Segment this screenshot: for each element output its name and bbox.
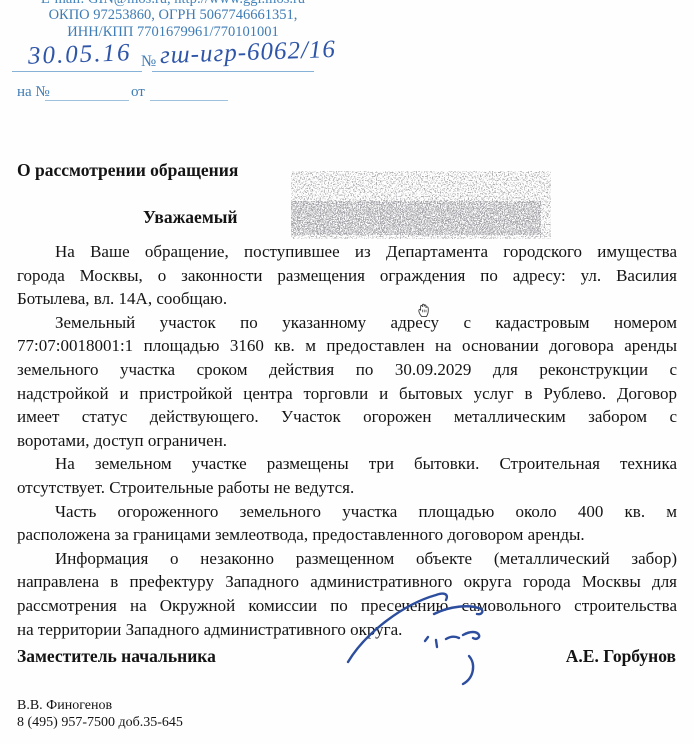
reference-date-blank — [150, 100, 228, 101]
redacted-name-noise — [291, 171, 551, 239]
number-sign-label: № — [141, 53, 156, 71]
hand-cursor-icon — [416, 302, 433, 321]
letter-body: На Ваше обращение, поступившее из Департ… — [17, 240, 677, 641]
body-line: 77:07:0018001:1 площадью 3160 кв. м пред… — [17, 334, 677, 358]
reference-na-label: на № — [17, 84, 50, 101]
letterhead-okpo-ogrn-line: ОКПО 97253860, ОГРН 5067746661351, — [8, 7, 338, 24]
subject-line: О рассмотрении обращения — [17, 160, 238, 181]
body-line: отсутствует. Строительные работы не веду… — [17, 476, 677, 500]
salutation-text: Уважаемый — [143, 207, 237, 228]
body-line: На Ваше обращение, поступившее из Департ… — [17, 240, 677, 264]
date-underline — [12, 71, 142, 72]
executor-phone: 8 (495) 957-7500 доб.35-645 — [17, 714, 183, 731]
reference-ot-label: от — [131, 84, 145, 101]
scanned-letter-page: E-mail: GIN@mos.ru, http://www.ggi.mos.r… — [0, 0, 694, 744]
body-line: имеет статус действующего. Участок огоро… — [17, 405, 677, 429]
handwritten-outgoing-number: гш-игр-6062/16 — [160, 37, 337, 69]
handwritten-signature — [338, 584, 490, 692]
reference-number-blank — [45, 100, 129, 101]
body-line: воротами, доступ ограничен. — [17, 429, 677, 453]
body-line: земельного участка сроком действия по 30… — [17, 358, 677, 382]
signoff-name: А.Е. Горбунов — [566, 646, 676, 667]
body-line: расположена за границами землеотвода, пр… — [17, 523, 677, 547]
signoff-position: Заместитель начальника — [17, 646, 216, 667]
handwritten-date: 30.05.16 — [28, 40, 132, 70]
body-line: Часть огороженного земельного участка пл… — [17, 500, 677, 524]
body-line: Ботылева, вл. 14А, сообщаю. — [17, 287, 677, 311]
number-underline — [152, 71, 314, 72]
body-line: Информация о незаконно размещенном объек… — [17, 547, 677, 571]
body-line: надстройкой и пристройкой центра торговл… — [17, 382, 677, 406]
body-line: города Москвы, о законности размещения о… — [17, 264, 677, 288]
body-line: На земельном участке размещены три бытов… — [17, 452, 677, 476]
executor-name: В.В. Финогенов — [17, 697, 112, 714]
body-line: Земельный участок по указанному адресу с… — [17, 311, 677, 335]
